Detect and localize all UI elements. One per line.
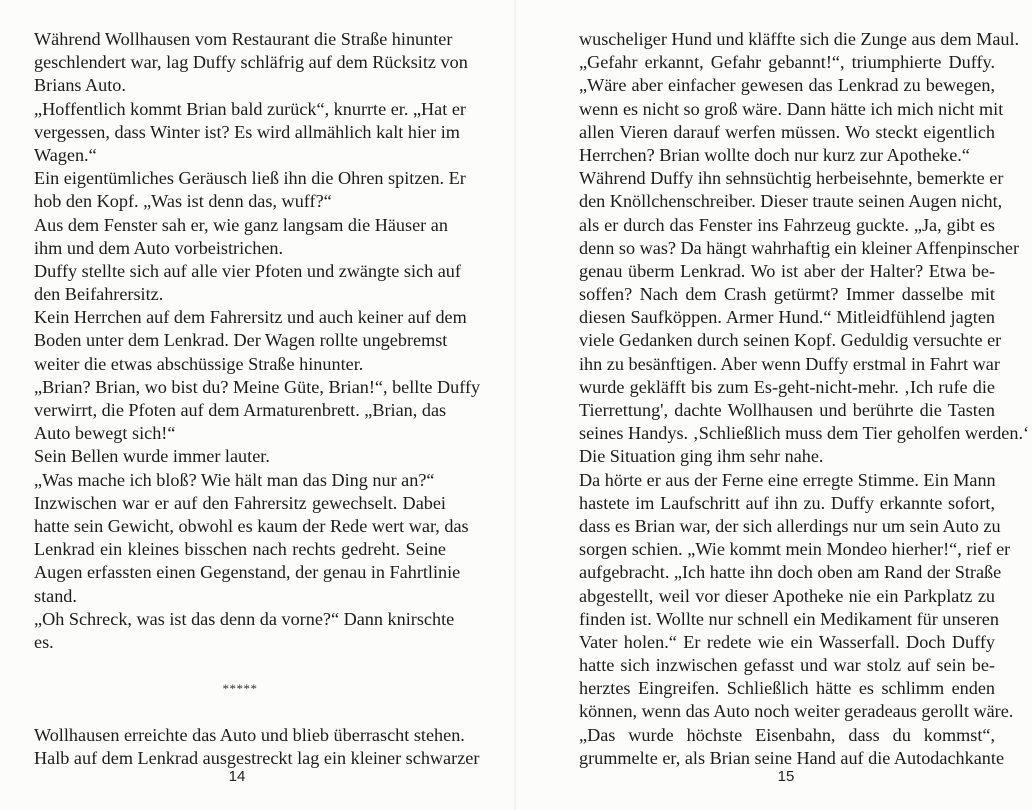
- text-line: verwirrt, die Pfoten auf dem Armaturenbr…: [34, 399, 446, 422]
- right-page-text: wuscheliger Hund und kläffte sich die Zu…: [579, 28, 995, 770]
- text-line: „Hoffentlich kommt Brian bald zurück“, k…: [34, 98, 446, 121]
- text-line: genau überm Lenkrad. Wo ist aber der Hal…: [579, 260, 995, 283]
- text-line: Während Duffy ihn sehnsüchtig herbeisehn…: [579, 167, 995, 190]
- text-line: Wagen.“: [34, 144, 446, 167]
- left-page-number: 14: [217, 768, 257, 785]
- text-line: Boden unter dem Lenkrad. Der Wagen rollt…: [34, 329, 446, 352]
- text-line: geschlendert war, lag Duffy schläfrig au…: [34, 51, 446, 74]
- text-line: Aus dem Fenster sah er, wie ganz langsam…: [34, 214, 446, 237]
- text-line: grummelte er, als Brian seine Hand auf d…: [579, 747, 995, 770]
- text-line: herztes Eingreifen. Schließlich hätte es…: [579, 677, 995, 700]
- text-line: wurde gekläfft bis zum Es-geht-nicht-meh…: [579, 376, 995, 399]
- text-line: denn so was? Da hängt wahrhaftig ein kle…: [579, 237, 995, 260]
- text-line: sorgen schien. „Wie kommt mein Mondeo hi…: [579, 538, 995, 561]
- text-line: „Was mache ich bloß? Wie hält man das Di…: [34, 469, 446, 492]
- text-line: hastete im Laufschritt auf ihn zu. Duffy…: [579, 492, 995, 515]
- text-line: „Brian? Brian, wo bist du? Meine Güte, B…: [34, 376, 446, 399]
- text-line: Während Wollhausen vom Restaurant die St…: [34, 28, 446, 51]
- text-line: hatte sein Gewicht, obwohl es kaum der R…: [34, 515, 446, 538]
- text-line: soffen? Nach dem Crash getürmt? Immer da…: [579, 283, 995, 306]
- text-line: Tierrettung', dachte Wollhausen und berü…: [579, 399, 995, 422]
- text-line: Brians Auto.: [34, 74, 446, 97]
- text-line: weiter die etwas abschüssige Straße hinu…: [34, 353, 446, 376]
- text-line: „Oh Schreck, was ist das denn da vorne?“…: [34, 608, 446, 631]
- text-line: Sein Bellen wurde immer lauter.: [34, 445, 446, 468]
- book-spread: Während Wollhausen vom Restaurant die St…: [0, 0, 1032, 810]
- text-line: Wollhausen erreichte das Auto und blieb …: [34, 724, 446, 747]
- text-line: seines Handys. ‚Schließlich muss dem Tie…: [579, 422, 995, 445]
- text-line: Lenkrad ein kleines bisschen nach rechts…: [34, 538, 446, 561]
- text-line: stand.: [34, 585, 446, 608]
- text-line: „Gefahr erkannt, Gefahr gebannt!“, trium…: [579, 51, 995, 74]
- blank-line: [34, 654, 446, 677]
- text-line: wenn es nicht so groß wäre. Dann hätte i…: [579, 98, 995, 121]
- text-line: hob den Kopf. „Was ist denn das, wuff?“: [34, 190, 446, 213]
- text-line: abgestellt, weil vor dieser Apotheke nie…: [579, 585, 995, 608]
- left-page-text: Während Wollhausen vom Restaurant die St…: [34, 28, 446, 770]
- text-line: hatte sich inzwischen gefasst und war st…: [579, 654, 995, 677]
- text-line: „Das wurde höchste Eisenbahn, dass du ko…: [579, 724, 995, 747]
- text-line: als er durch das Fenster ins Fahrzeug gu…: [579, 214, 995, 237]
- blank-line: [34, 700, 446, 723]
- text-line: „Wäre aber einfacher gewesen das Lenkrad…: [579, 74, 995, 97]
- text-line: Die Situation ging ihm sehr nahe.: [579, 445, 995, 468]
- right-page-number: 15: [766, 768, 806, 785]
- text-line: Augen erfassten einen Gegenstand, der ge…: [34, 561, 446, 584]
- text-line: Inzwischen war er auf den Fahrersitz gew…: [34, 492, 446, 515]
- text-line: aufgebracht. „Ich hatte ihn doch oben am…: [579, 561, 995, 584]
- text-line: finden ist. Wollte nur schnell ein Medik…: [579, 608, 995, 631]
- text-line: Kein Herrchen auf dem Fahrersitz und auc…: [34, 306, 446, 329]
- text-line: den Beifahrersitz.: [34, 283, 446, 306]
- left-page: Während Wollhausen vom Restaurant die St…: [0, 0, 516, 810]
- text-line: Vater holen.“ Er redete wie ein Wasserfa…: [579, 631, 995, 654]
- text-line: Duffy stellte sich auf alle vier Pfoten …: [34, 260, 446, 283]
- text-line: Ein eigentümliches Geräusch ließ ihn die…: [34, 167, 446, 190]
- text-line: dass es Brian war, der sich allerdings n…: [579, 515, 995, 538]
- text-line: Da hörte er aus der Ferne eine erregte S…: [579, 469, 995, 492]
- text-line: allen Vieren darauf werfen müssen. Wo st…: [579, 121, 995, 144]
- text-line: ihn zu besänftigen. Aber wenn Duffy erst…: [579, 353, 995, 376]
- text-line: viele Gedanken durch seinen Kopf. Geduld…: [579, 329, 995, 352]
- text-line: wuscheliger Hund und kläffte sich die Zu…: [579, 28, 995, 51]
- section-separator: *****: [34, 677, 446, 700]
- text-line: diesen Saufköppen. Armer Hund.“ Mitleidf…: [579, 306, 995, 329]
- text-line: Herrchen? Brian wollte doch nur kurz zur…: [579, 144, 995, 167]
- right-page: wuscheliger Hund und kläffte sich die Zu…: [516, 0, 1032, 810]
- text-line: können, wenn das Auto noch weiter gerade…: [579, 700, 995, 723]
- text-line: vergessen, dass Winter ist? Es wird allm…: [34, 121, 446, 144]
- text-line: Halb auf dem Lenkrad ausgestreckt lag ei…: [34, 747, 446, 770]
- text-line: es.: [34, 631, 446, 654]
- text-line: ihm und dem Auto vorbeistrichen.: [34, 237, 446, 260]
- text-line: den Knöllchenschreiber. Dieser traute se…: [579, 190, 995, 213]
- text-line: Auto bewegt sich!“: [34, 422, 446, 445]
